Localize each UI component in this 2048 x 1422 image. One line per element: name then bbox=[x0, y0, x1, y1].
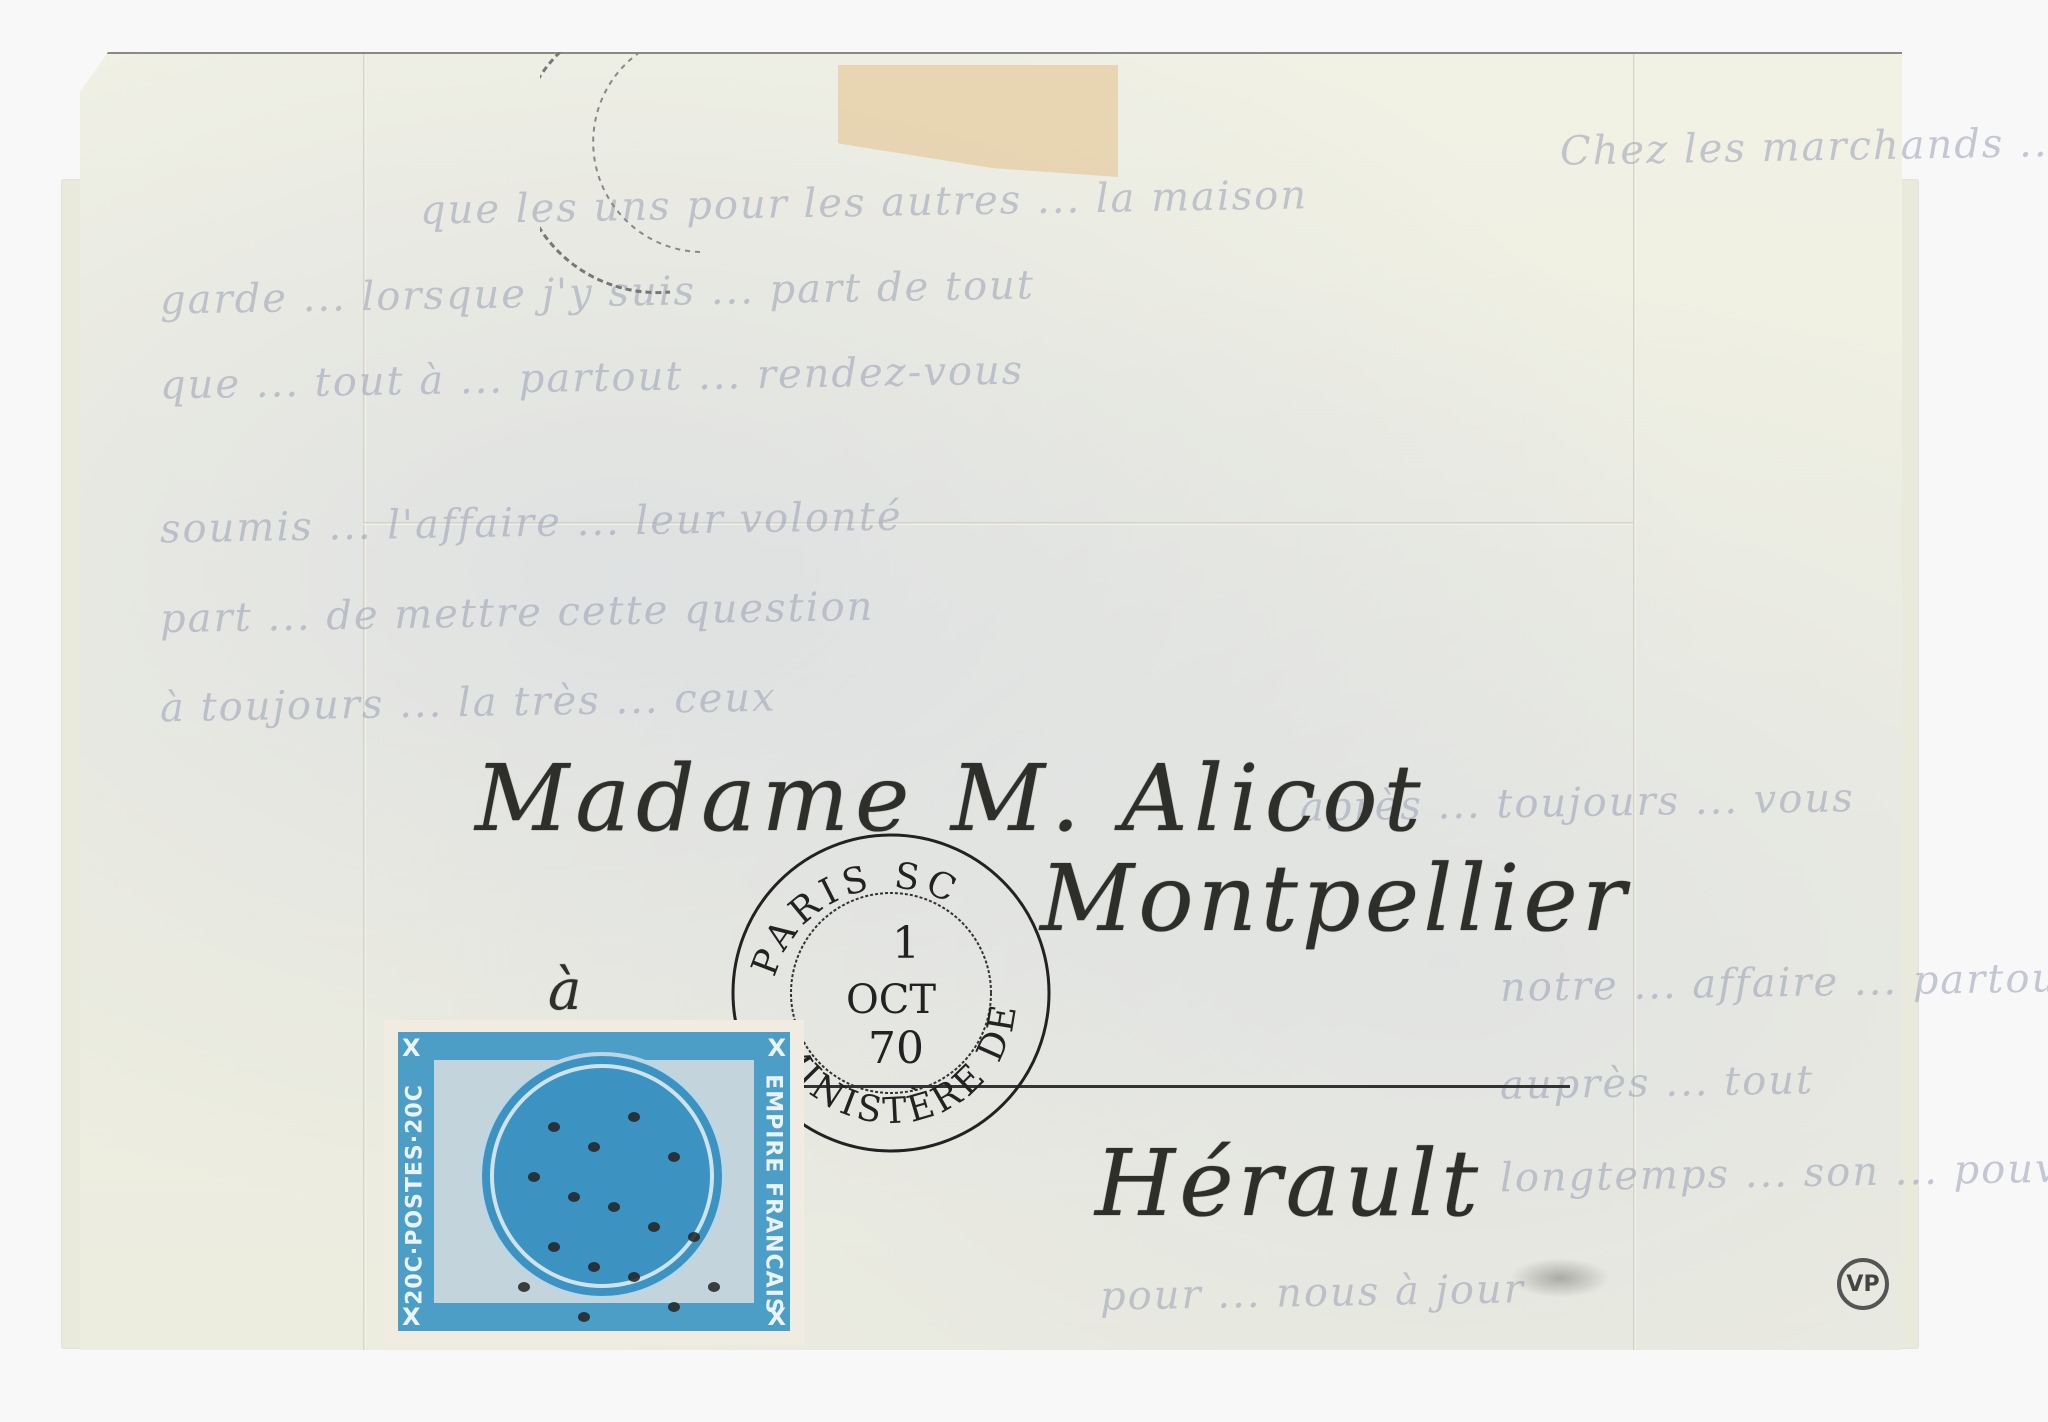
postage-stamp: X X X X 20C·POSTES·20C EMPIRE FRANCAIS bbox=[384, 1020, 804, 1345]
address-prefix: à bbox=[548, 958, 581, 1023]
bleed-text: auprès ... tout bbox=[1500, 1057, 1815, 1108]
expert-mark: VP bbox=[1837, 1258, 1889, 1310]
ink-smudge bbox=[1510, 1258, 1610, 1298]
bleed-text: pour ... nous à jour bbox=[1100, 1266, 1526, 1319]
bleed-text: longtemps ... son ... pouvoir bbox=[1500, 1145, 2048, 1202]
svg-text:PARIS SC: PARIS SC bbox=[744, 855, 967, 981]
svg-text:1: 1 bbox=[892, 918, 920, 969]
stamp-value-text: 20C·POSTES·20C bbox=[403, 1050, 428, 1340]
stamp-country-text: EMPIRE FRANCAIS bbox=[761, 1050, 786, 1340]
stamp-portrait bbox=[478, 1052, 726, 1300]
svg-text:70: 70 bbox=[868, 1023, 924, 1074]
recipient-department: Hérault bbox=[1095, 1130, 1482, 1237]
svg-text:OCT: OCT bbox=[846, 977, 936, 1023]
top-postmark bbox=[540, 52, 840, 302]
bleed-text: notre ... affaire ... partout bbox=[1500, 955, 2048, 1011]
recipient-city: Montpellier bbox=[1040, 845, 1630, 952]
